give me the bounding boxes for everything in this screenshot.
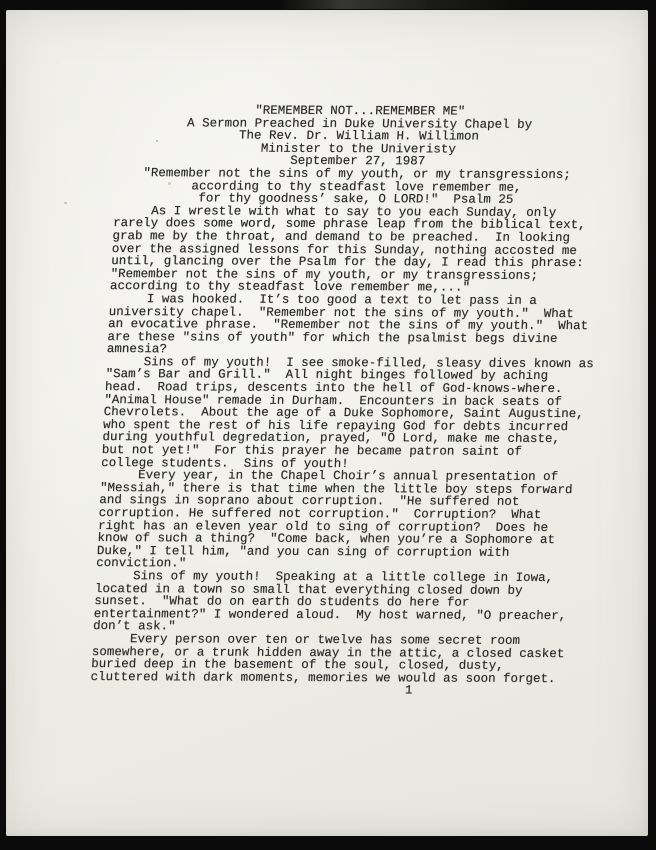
scan-speck — [64, 202, 67, 204]
scan-artifact — [280, 0, 530, 9]
scan-background: { "scan": { "colors": { "border_color": … — [0, 0, 656, 850]
document-header: "REMEMBER NOT...REMEMBER ME" A Sermon Pr… — [114, 104, 602, 207]
page-number: 1 — [405, 685, 579, 698]
scanned-page: "REMEMBER NOT...REMEMBER ME" A Sermon Pr… — [6, 10, 648, 836]
text-column: "REMEMBER NOT...REMEMBER ME" A Sermon Pr… — [90, 104, 607, 698]
document-body: As I wrestle with what to say to you eac… — [90, 205, 602, 686]
